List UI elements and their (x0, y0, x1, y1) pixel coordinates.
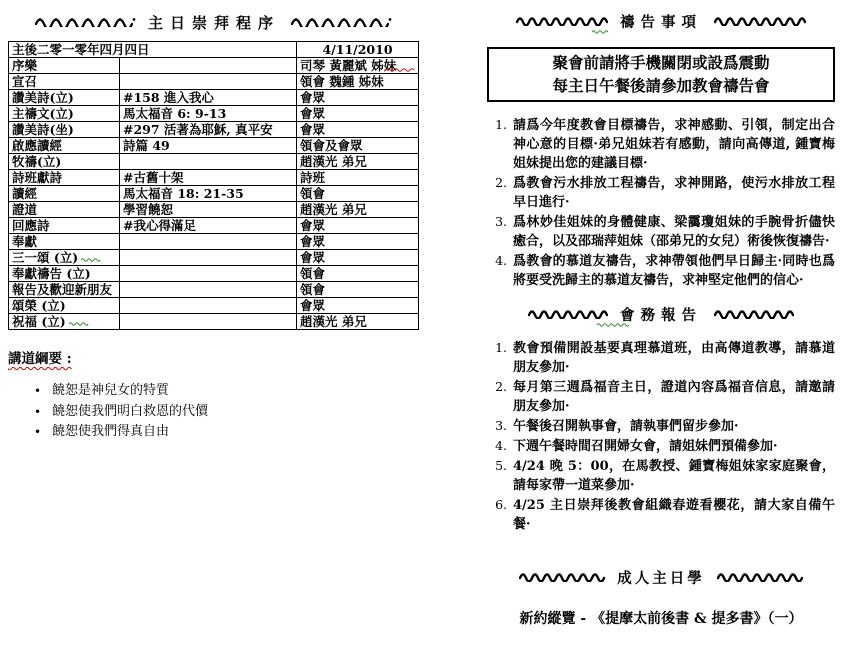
item-person: 會眾 (300, 250, 325, 265)
service-date-numeric: 4/11/2010 (297, 42, 419, 58)
item-content: 學習饒恕 (123, 202, 173, 217)
item-label: 三一頌 (立) (12, 250, 78, 265)
item-content: #158 進入我心 (123, 90, 214, 105)
item-person: 趙漢光 弟兄 (300, 314, 367, 329)
table-row: 三一頌 (立) 會眾 (9, 250, 419, 266)
outline-bullet: 饒恕使我們明白救恩的代價 (34, 402, 420, 423)
item-person: 會眾 (300, 122, 325, 137)
item-content: #297 活著為耶穌, 真平安 (123, 122, 273, 137)
item-person: 領會 魏鍾 姊妹 (300, 74, 384, 89)
table-row: 祝福 (立) 趙漢光 弟兄 (9, 314, 419, 330)
prayer-item: 爲教會污水排放工程禱告，求神開路，使污水排放工程早日進行· (511, 173, 835, 212)
item-label: 詩班獻詩 (12, 170, 62, 185)
item-person: 會眾 (300, 90, 325, 105)
item-person: 會眾 (300, 234, 325, 249)
notice-box: 聚會前請將手機關閉或設爲震動 每主日午餐後請參加教會禱告會 (487, 47, 835, 102)
service-order-table: 主後二零一零年四月四日 4/11/2010 序樂 司琴 黃麗斌 姊妹 宣召 領會… (8, 41, 419, 330)
notice-line: 每主日午餐後請參加教會禱告會 (489, 74, 833, 97)
item-label: 讚美詩(坐) (12, 122, 74, 137)
item-person: 會眾 (300, 106, 325, 121)
table-row: 詩班獻詩 #古舊十架 詩班 (9, 170, 419, 186)
item-content: 馬太福音 18: 21-35 (123, 186, 244, 201)
item-person: 趙漢光 弟兄 (300, 154, 367, 169)
table-row: 頌榮 (立) 會眾 (9, 298, 419, 314)
prayer-item: 爲教會的慕道友禱告，求神帶領他們早日歸主·同時也爲將要受洗歸主的慕道友禱告，求神… (511, 251, 835, 290)
prayer-title: 禱告事項 (620, 11, 702, 32)
item-label: 證道 (12, 202, 37, 217)
sunday-school-title: 成人主日學 (617, 567, 705, 588)
item-person: 會眾 (300, 298, 325, 313)
table-row: 讚美詩(立) #158 進入我心 會眾 (9, 90, 419, 106)
item-content: 馬太福音 6: 9-13 (123, 106, 226, 121)
service-title: 主日崇拜程序 (148, 12, 280, 33)
item-label: 奉獻 (12, 234, 37, 249)
item-person: 趙漢光 弟兄 (300, 202, 367, 217)
table-row: 主禱文(立) 馬太福音 6: 9-13 會眾 (9, 106, 419, 122)
scroll-flourish-icon (714, 17, 806, 26)
item-person: 領會 (300, 266, 325, 281)
affairs-item: 4/24 晚 5：00，在馬教授、鍾寶梅姐妹家家庭聚會，請每家帶一道菜參加· (511, 456, 835, 495)
table-row: 序樂 司琴 黃麗斌 姊妹 (9, 58, 419, 74)
notice-line: 聚會前請將手機關閉或設爲震動 (489, 51, 833, 74)
item-label: 報告及歡迎新朋友 (12, 282, 112, 297)
spellcheck-squiggle-icon (386, 68, 414, 72)
table-row: 牧禱(立) 趙漢光 弟兄 (9, 154, 419, 170)
item-label: 序樂 (12, 58, 37, 73)
table-row: 回應詩 #我心得滿足 會眾 (9, 218, 419, 234)
spellcheck-squiggle-icon (597, 323, 631, 327)
scroll-flourish-icon (714, 310, 794, 319)
item-label: 回應詩 (12, 218, 50, 233)
bulletin-page: 主日崇拜程序 主後二零一零年四月四日 4/11/2010 序樂 司琴 黃麗斌 姊… (0, 0, 843, 648)
sunday-school-subtitle: 新約縱覽 - 《提摩太前後書 & 提多書》（一） (487, 608, 835, 628)
outline-bullet: 饒恕使我們得真自由 (34, 422, 420, 443)
item-label: 讚美詩(立) (12, 90, 74, 105)
affairs-title: 會務報告 (620, 304, 702, 325)
table-row: 報告及歡迎新朋友 領會 (9, 282, 419, 298)
item-label: 頌榮 (立) (12, 298, 66, 313)
item-label: 啟應讀經 (12, 138, 62, 153)
table-row: 宣召 領會 魏鍾 姊妹 (9, 74, 419, 90)
table-row: 讚美詩(坐) #297 活著為耶穌, 真平安 會眾 (9, 122, 419, 138)
item-content: #我心得滿足 (123, 218, 196, 233)
outline-bullet: 饒恕是神兒女的特質 (34, 381, 420, 402)
table-row: 奉獻禱告 (立) 領會 (9, 266, 419, 282)
affairs-item: 午餐後召開執事會，請執事們留步參加· (511, 416, 835, 436)
item-person: 領會及會眾 (300, 138, 363, 153)
sermon-outline-list: 饒恕是神兒女的特質 饒恕使我們明白救恩的代價 饒恕使我們得真自由 (34, 381, 420, 443)
item-person: 領會 (300, 282, 325, 297)
sunday-school-title-row: 成人主日學 (487, 566, 835, 588)
item-person: 詩班 (300, 170, 325, 185)
spellcheck-squiggle-icon (69, 321, 89, 326)
item-label: 奉獻禱告 (立) (12, 266, 91, 281)
affairs-item: 每月第三週爲福音主日，證道內容爲福音信息，請邀請朋友參加· (511, 377, 835, 416)
item-content: 詩篇 49 (123, 138, 170, 153)
affairs-item: 教會預備開設基要真理慕道班，由高傳道教導，請慕道朋友參加· (511, 338, 835, 377)
scroll-flourish-icon (528, 310, 608, 319)
item-person: 領會 (300, 186, 325, 201)
table-row: 奉獻 會眾 (9, 234, 419, 250)
item-person: 司琴 黃麗斌 姊妹 (300, 58, 396, 73)
item-content: #古舊十架 (123, 170, 183, 185)
item-label: 牧禱(立) (12, 154, 61, 169)
prayer-item: 請爲今年度教會目標禱告，求神感動、引領，制定出合神心意的目標·弟兄姐妹若有感動，… (511, 115, 835, 173)
spellcheck-squiggle-icon (592, 30, 608, 34)
scroll-flourish-icon (519, 573, 605, 582)
affairs-item: 4/25 主日崇拜後教會組織春遊看櫻花，請大家自備午餐· (511, 495, 835, 534)
vine-flourish-right-icon (290, 17, 394, 27)
service-program-section: 主日崇拜程序 主後二零一零年四月四日 4/11/2010 序樂 司琴 黃麗斌 姊… (8, 10, 420, 443)
item-label: 讀經 (12, 186, 37, 201)
prayer-item: 爲林妙佳姐妹的身體健康、梁靄瓊姐妹的手腕骨折儘快癒合，以及邵瑞萍姐妹（邵弟兄的女… (511, 212, 835, 251)
table-row: 證道 學習饒恕 趙漢光 弟兄 (9, 202, 419, 218)
affairs-items-list: 教會預備開設基要真理慕道班，由高傳道教導，請慕道朋友參加· 每月第三週爲福音主日… (487, 338, 835, 534)
prayer-title-row: 禱告事項 (487, 10, 835, 32)
item-label: 宣召 (12, 74, 37, 89)
table-row-date: 主後二零一零年四月四日 4/11/2010 (9, 42, 419, 58)
service-title-row: 主日崇拜程序 (8, 10, 420, 34)
sermon-outline-section: 講道綱要 : 饒恕是神兒女的特質 饒恕使我們明白救恩的代價 饒恕使我們得真自由 (8, 347, 420, 443)
table-row: 啟應讀經 詩篇 49 領會及會眾 (9, 138, 419, 154)
affairs-title-row: 會務報告 (487, 303, 835, 325)
scroll-flourish-icon (516, 17, 608, 26)
announcements-section: 禱告事項 聚會前請將手機關閉或設爲震動 每主日午餐後請參加教會禱告會 請爲今年度… (487, 10, 835, 628)
sermon-outline-heading: 講道綱要 : (8, 347, 72, 367)
service-date-chinese: 主後二零一零年四月四日 (9, 42, 297, 58)
table-row: 讀經 馬太福音 18: 21-35 領會 (9, 186, 419, 202)
scroll-flourish-icon (717, 573, 803, 582)
spellcheck-squiggle-icon (81, 257, 101, 262)
vine-flourish-left-icon (34, 17, 138, 27)
affairs-item: 下週午餐時間召開婦女會，請姐妹們預備參加· (511, 436, 835, 456)
item-label: 主禱文(立) (12, 106, 74, 121)
item-label: 祝福 (立) (12, 314, 66, 329)
item-person: 會眾 (300, 218, 325, 233)
prayer-items-list: 請爲今年度教會目標禱告，求神感動、引領，制定出合神心意的目標·弟兄姐妹若有感動，… (487, 115, 835, 290)
